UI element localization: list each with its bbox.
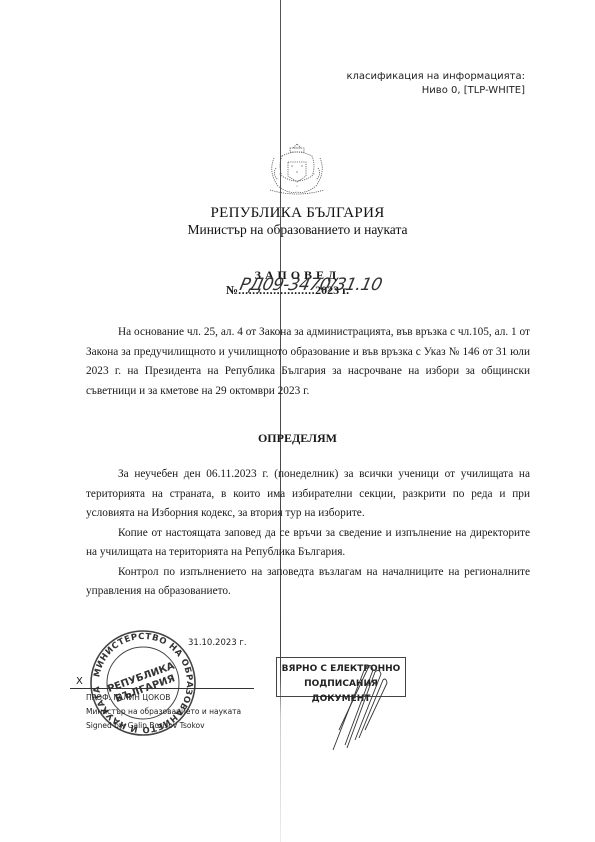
decision-heading: ОПРЕДЕЛЯМ [0,431,595,446]
signature-line [70,688,254,689]
signed-by: Signed by: Galin Borisov Tsokov [86,721,205,730]
scan-fold-line [280,0,281,842]
preamble-text: На основание чл. 25, ал. 4 от Закона за … [86,323,530,401]
signature-date: 31.10.2023 г. [188,638,247,648]
signer-name: ПРОФ. ГАЛИН ЦОКОВ [86,693,170,702]
republic-heading: РЕПУБЛИКА БЪЛГАРИЯ [0,205,595,222]
classification-block: класификация на информацията: Ниво 0, [T… [347,70,526,98]
signer-position: Министър на образованието и науката [86,707,241,716]
classification-level: Ниво 0, [TLP-WHITE] [347,84,526,98]
preamble-paragraph: На основание чл. 25, ал. 4 от Закона за … [86,323,530,401]
handwritten-order-number: РД09-3470/31.10 [238,275,384,295]
body-paragraph: Копие от настоящата заповед да се връчи … [86,524,530,563]
classification-label: класификация на информацията: [347,70,526,84]
ministry-heading: Министър на образованието и науката [0,222,595,238]
body-paragraph: Контрол по изпълнението на заповедта въз… [86,563,530,602]
body-paragraph: За неучебен ден 06.11.2023 г. (понеделни… [86,465,530,524]
coat-of-arms-icon [262,140,332,200]
handwritten-signature-icon [325,660,405,755]
number-prefix: № [226,283,238,297]
decision-body: За неучебен ден 06.11.2023 г. (понеделни… [86,465,530,602]
signature-mark: X [76,676,83,687]
